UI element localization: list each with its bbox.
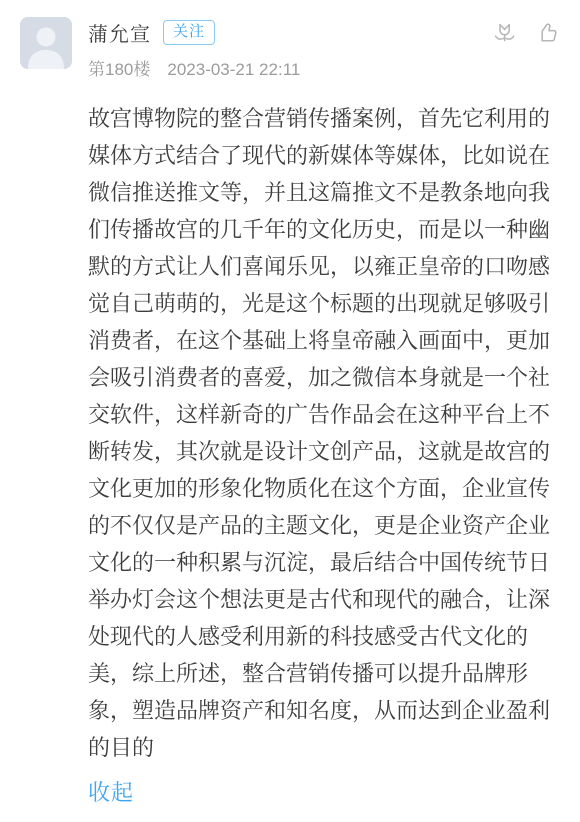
avatar[interactable]: [20, 17, 72, 69]
flower-icon[interactable]: [492, 20, 517, 47]
action-buttons: [492, 20, 560, 47]
timestamp: 2023-03-21 22:11: [167, 60, 300, 79]
follow-button[interactable]: 关注: [163, 20, 215, 45]
collapse-link[interactable]: 收起: [88, 778, 134, 808]
comment-header: 蒲允宣 关注 第180楼2023-03-21 22:11: [20, 17, 560, 80]
floor-number: 第180楼: [88, 60, 150, 79]
person-icon: [20, 17, 72, 69]
meta-row: 第180楼2023-03-21 22:11: [88, 55, 492, 80]
comment-card: 蒲允宣 关注 第180楼2023-03-21 22:11: [0, 0, 580, 822]
comment-text: 故宫博物院的整合营销传播案例，首先它利用的媒体方式结合了现代的新媒体等媒体，比如…: [88, 100, 560, 766]
name-row: 蒲允宣 关注: [88, 18, 492, 47]
user-block: 蒲允宣 关注 第180楼2023-03-21 22:11: [88, 17, 492, 80]
comment-content: 故宫博物院的整合营销传播案例，首先它利用的媒体方式结合了现代的新媒体等媒体，比如…: [88, 100, 560, 808]
username: 蒲允宣: [88, 18, 151, 47]
thumbs-up-icon[interactable]: [536, 20, 560, 46]
